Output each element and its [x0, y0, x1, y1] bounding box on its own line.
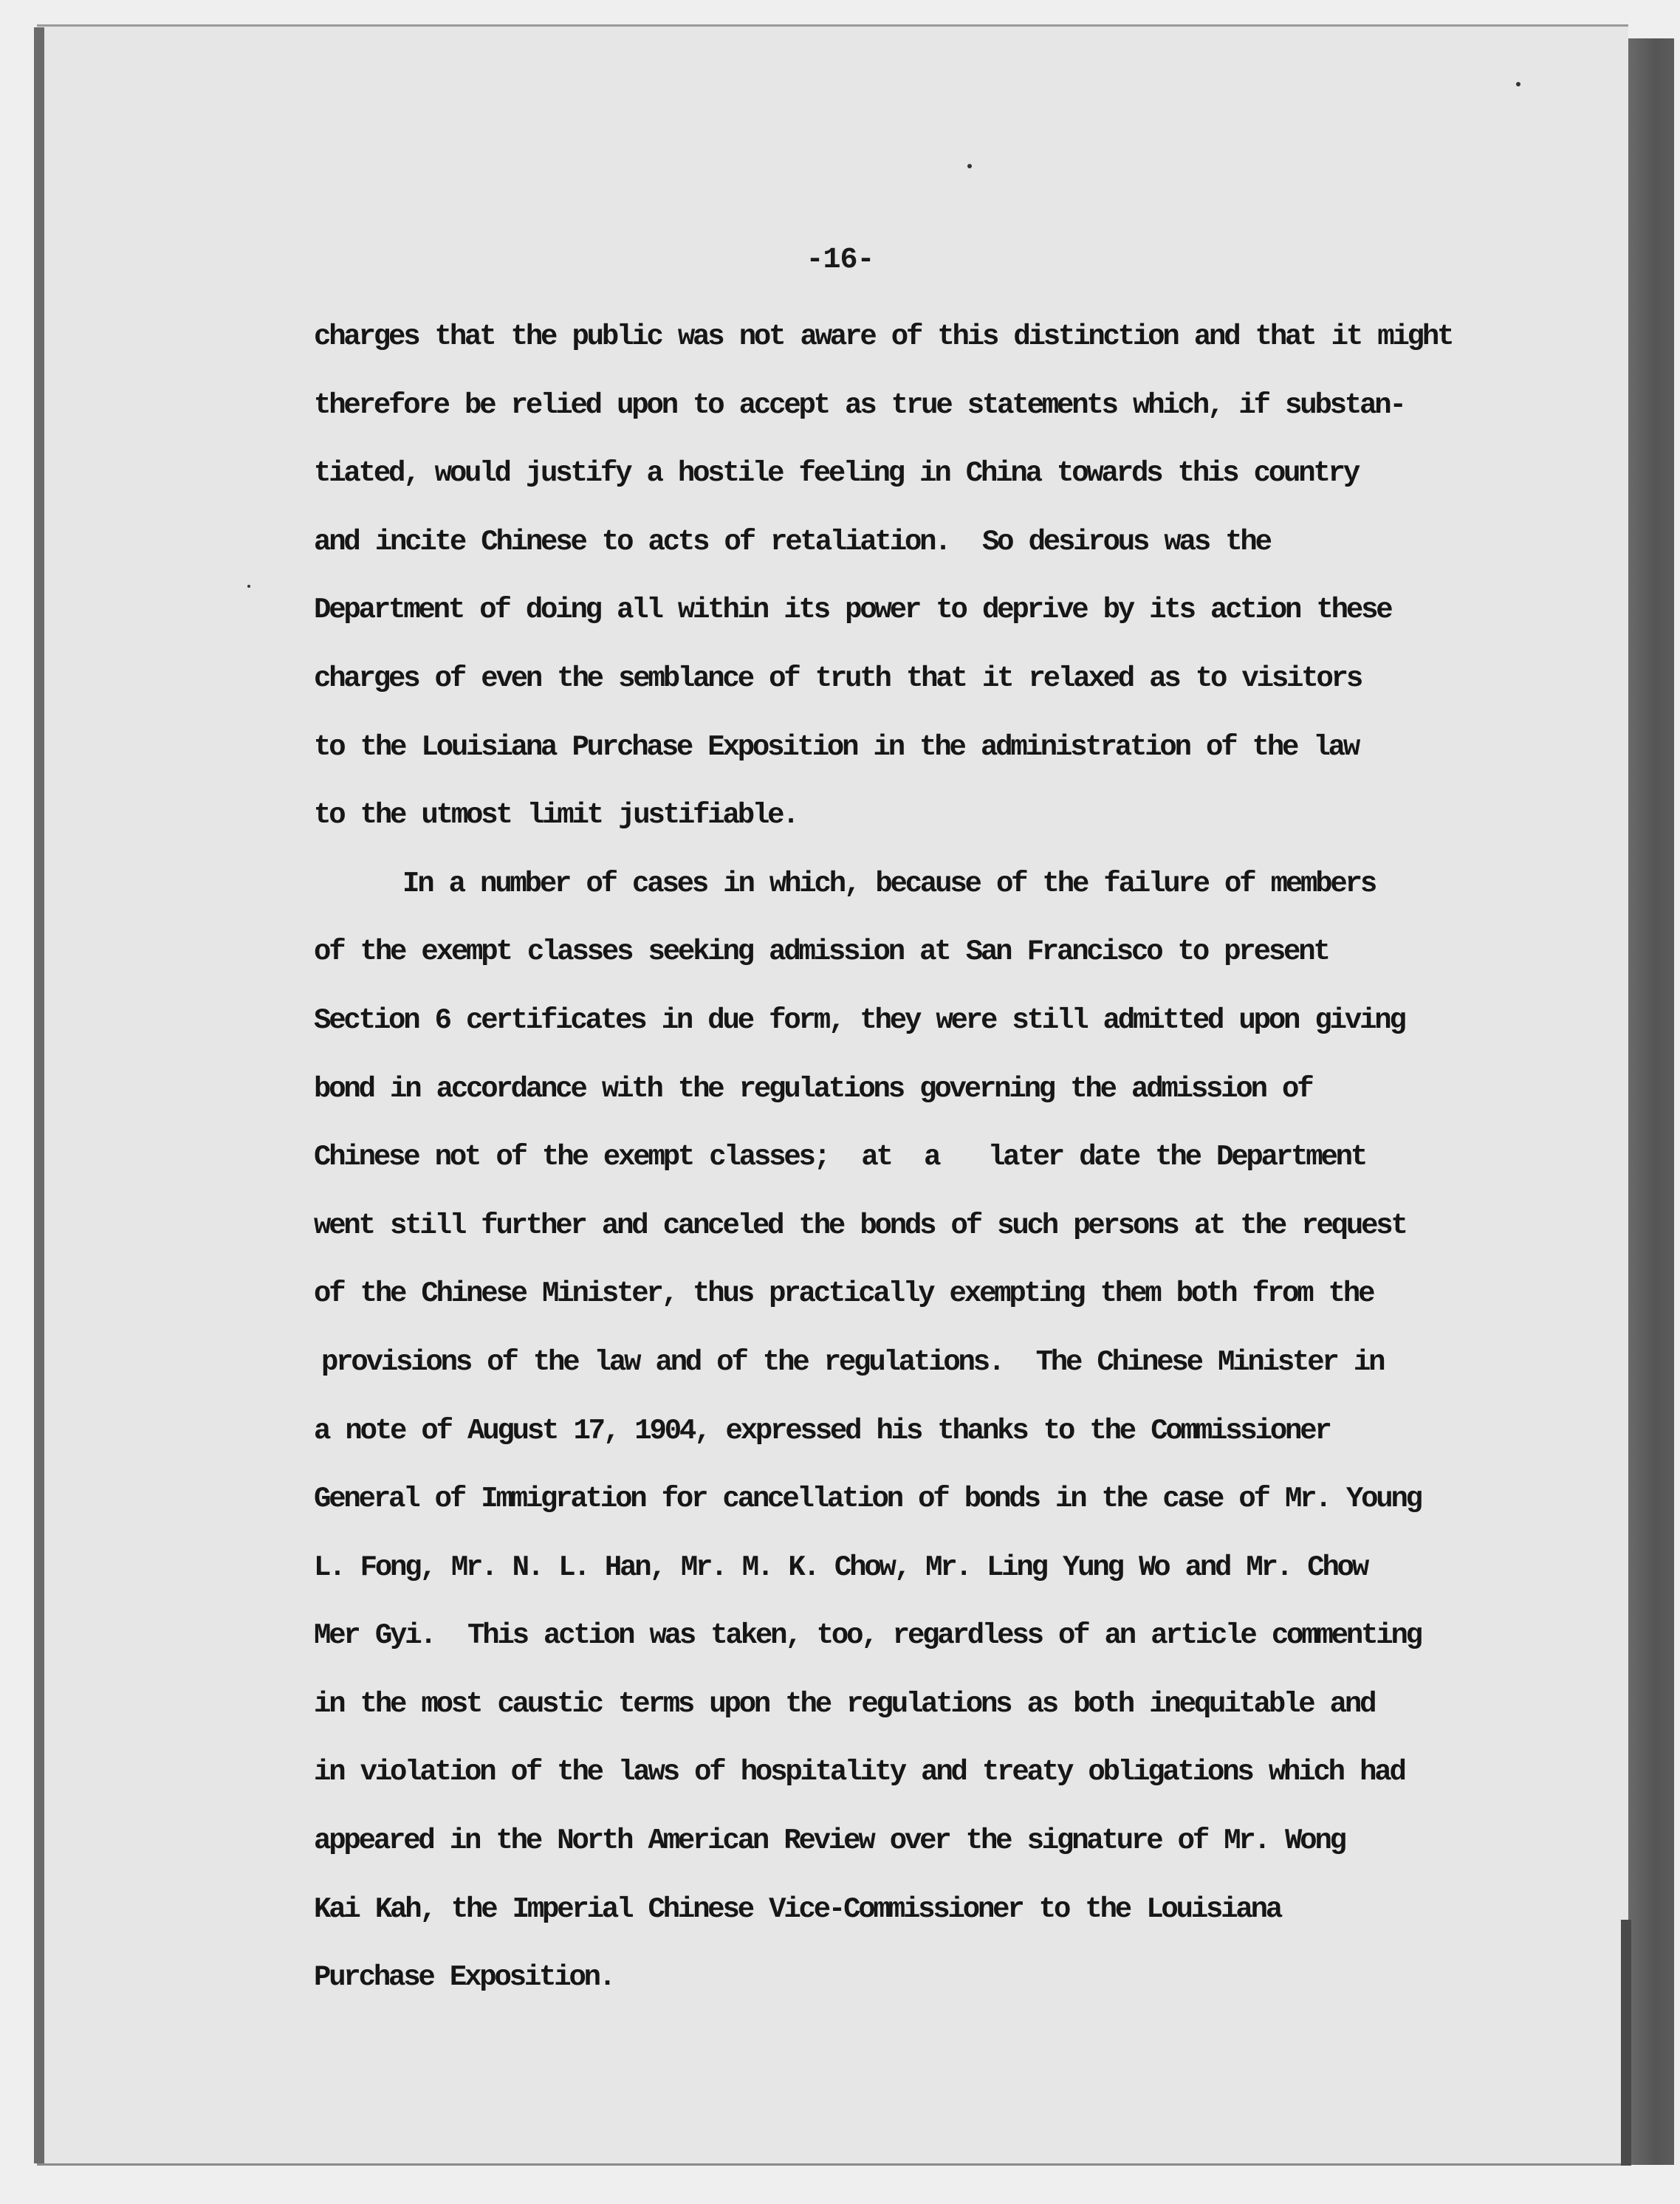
text-line: Section 6 certificates in due form, they…: [314, 998, 1569, 1067]
paragraph-1: charges that the public was not aware of…: [314, 315, 1569, 862]
text-line: Chinese not of the exempt classes; at a …: [314, 1135, 1569, 1204]
text-line: of the exempt classes seeking admission …: [314, 930, 1569, 998]
text-line: Kai Kah, the Imperial Chinese Vice-Commi…: [314, 1887, 1569, 1956]
document-body: charges that the public was not aware of…: [314, 315, 1569, 2024]
text-line: went still further and canceled the bond…: [314, 1204, 1569, 1272]
text-line: of the Chinese Minister, thus practicall…: [314, 1271, 1569, 1340]
text-line: Purchase Exposition.: [314, 1955, 1569, 2024]
text-line: charges of even the semblance of truth t…: [314, 656, 1569, 725]
text-line: a note of August 17, 1904, expressed his…: [314, 1409, 1569, 1477]
page-right-edge-shadow: [1628, 38, 1674, 2165]
text-line: and incite Chinese to acts of retaliatio…: [314, 520, 1569, 588]
text-line: provisions of the law and of the regulat…: [314, 1340, 1569, 1409]
page-left-edge-shadow: [34, 27, 44, 2163]
text-line: to the utmost limit justifiable.: [314, 793, 1569, 862]
text-line: therefore be relied upon to accept as tr…: [314, 383, 1569, 452]
page-number: -16-: [0, 244, 1680, 277]
text-line-indented: In a number of cases in which, because o…: [314, 862, 1569, 930]
paragraph-2: In a number of cases in which, because o…: [314, 862, 1569, 2024]
page-right-edge-lower-shadow: [1621, 1920, 1631, 2166]
text-line: in the most caustic terms upon the regul…: [314, 1682, 1569, 1751]
text-line: to the Louisiana Purchase Exposition in …: [314, 725, 1569, 794]
text-line: tiated, would justify a hostile feeling …: [314, 451, 1569, 520]
text-line: charges that the public was not aware of…: [314, 315, 1569, 383]
text-line: L. Fong, Mr. N. L. Han, Mr. M. K. Chow, …: [314, 1545, 1569, 1614]
text-line: in violation of the laws of hospitality …: [314, 1750, 1569, 1819]
text-line: Mer Gyi. This action was taken, too, reg…: [314, 1613, 1569, 1682]
text-line: General of Immigration for cancellation …: [314, 1477, 1569, 1545]
text-line: appeared in the North American Review ov…: [314, 1819, 1569, 1887]
paper-speck: [1516, 82, 1520, 86]
paper-speck: [967, 164, 972, 168]
text-line: bond in accordance with the regulations …: [314, 1067, 1569, 1136]
text-line: Department of doing all within its power…: [314, 588, 1569, 656]
paper-speck: [247, 585, 250, 588]
